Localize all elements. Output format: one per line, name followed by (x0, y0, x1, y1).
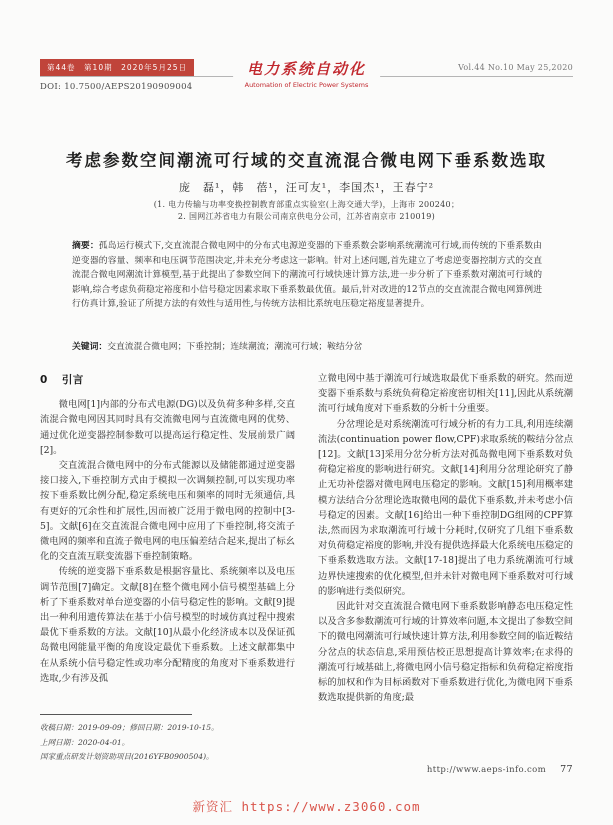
footnote-block: 收稿日期：2019-09-09；修回日期：2019-10-15。 上网日期：20… (40, 714, 296, 765)
body-paragraph: 立微电网中基于潮流可行域选取最优下垂系数的研究。然而逆变器下垂系数与系统负荷稳定… (318, 371, 573, 417)
issue-info-badge: 第44卷 第10期 2020年5月25日 (40, 59, 194, 76)
body-paragraph: 传统的逆变器下垂系数是根据容量比、系统频率以及电压调节范围[7]确定。文献[8]… (40, 564, 295, 686)
journal-page: 第44卷 第10期 2020年5月25日 DOI: 10.7500/AEPS20… (0, 0, 613, 825)
body-columns: 0引言 微电网[1]内部的分布式电源(DG)以及负荷多种多样,交直流混合微电网因… (40, 371, 573, 705)
page-number: 77 (560, 764, 573, 775)
journal-url: http://www.aeps-info.com (427, 765, 546, 775)
author-list: 庞 磊¹，韩 蓓¹，汪可友¹，李国杰¹，王春宁² (40, 179, 573, 195)
body-paragraph: 分岔理论是对系统潮流可行域分析的有力工具,利用连续潮流法(continuatio… (318, 417, 573, 599)
footnote-online-date: 上网日期：2020-04-01。 (40, 736, 296, 751)
keywords-text: 交直流混合微电网；下垂控制；连续潮流；潮流可行域；鞍结分岔 (107, 342, 362, 352)
abstract-label: 摘要： (72, 241, 99, 251)
body-paragraph: 微电网[1]内部的分布式电源(DG)以及负荷多种多样,交直流混合微电网因其同时具… (40, 397, 295, 458)
section-heading-intro: 0引言 (40, 373, 295, 388)
abstract-block: 摘要：孤岛运行模式下,交直流混合微电网中的分布式电源逆变器的下垂系数会影响系统潮… (72, 239, 542, 312)
journal-logo: 电力系统自动化 Automation of Electric Power Sys… (233, 58, 381, 89)
volume-info: Vol.44 No.10 May 25,2020 (458, 63, 573, 72)
keywords-block: 关键词：交直流混合微电网；下垂控制；连续潮流；潮流可行域；鞍结分岔 (72, 340, 542, 355)
footnote-received-date: 收稿日期：2019-09-09；修回日期：2019-10-15。 (40, 721, 296, 736)
footnote-funding: 国家重点研发计划资助项目(2016YFB0900504)。 (40, 750, 296, 765)
section-number: 0 (40, 374, 48, 386)
journal-logo-chinese: 电力系统自动化 (245, 58, 369, 79)
left-column: 0引言 微电网[1]内部的分布式电源(DG)以及负荷多种多样,交直流混合微电网因… (40, 371, 295, 705)
keywords-label: 关键词： (72, 342, 107, 352)
doi-text: DOI: 10.7500/AEPS20190909004 (40, 82, 193, 92)
abstract-text: 孤岛运行模式下,交直流混合微电网中的分布式电源逆变器的下垂系数会影响系统潮流可行… (72, 241, 542, 309)
page-footer: http://www.aeps-info.com77 (427, 764, 573, 775)
right-column: 立微电网中基于潮流可行域选取最优下垂系数的研究。然而逆变器下垂系数与系统负荷稳定… (318, 371, 573, 705)
watermark-text: 新资汇 https://www.z3060.com (0, 797, 613, 815)
journal-logo-english: Automation of Electric Power Systems (245, 81, 369, 89)
paper-title: 考虑参数空间潮流可行域的交直流混合微电网下垂系数选取 (40, 147, 573, 171)
section-title: 引言 (62, 374, 84, 386)
affiliation-line-1: (1. 电力传输与功率变换控制教育部重点实验室(上海交通大学)，上海市 2002… (40, 199, 573, 210)
body-paragraph: 交直流混合微电网中的分布式能源以及储能都通过逆变器接口接入,下垂控制方式由于模拟… (40, 458, 295, 564)
body-paragraph: 因此针对交直流混合微电网下垂系数影响静态电压稳定性以及含多参数潮流可行域的计算效… (318, 599, 573, 705)
footnote-divider (40, 714, 192, 715)
affiliation-line-2: 2. 国网江苏省电力有限公司南京供电分公司，江苏省南京市 210019) (40, 211, 573, 222)
